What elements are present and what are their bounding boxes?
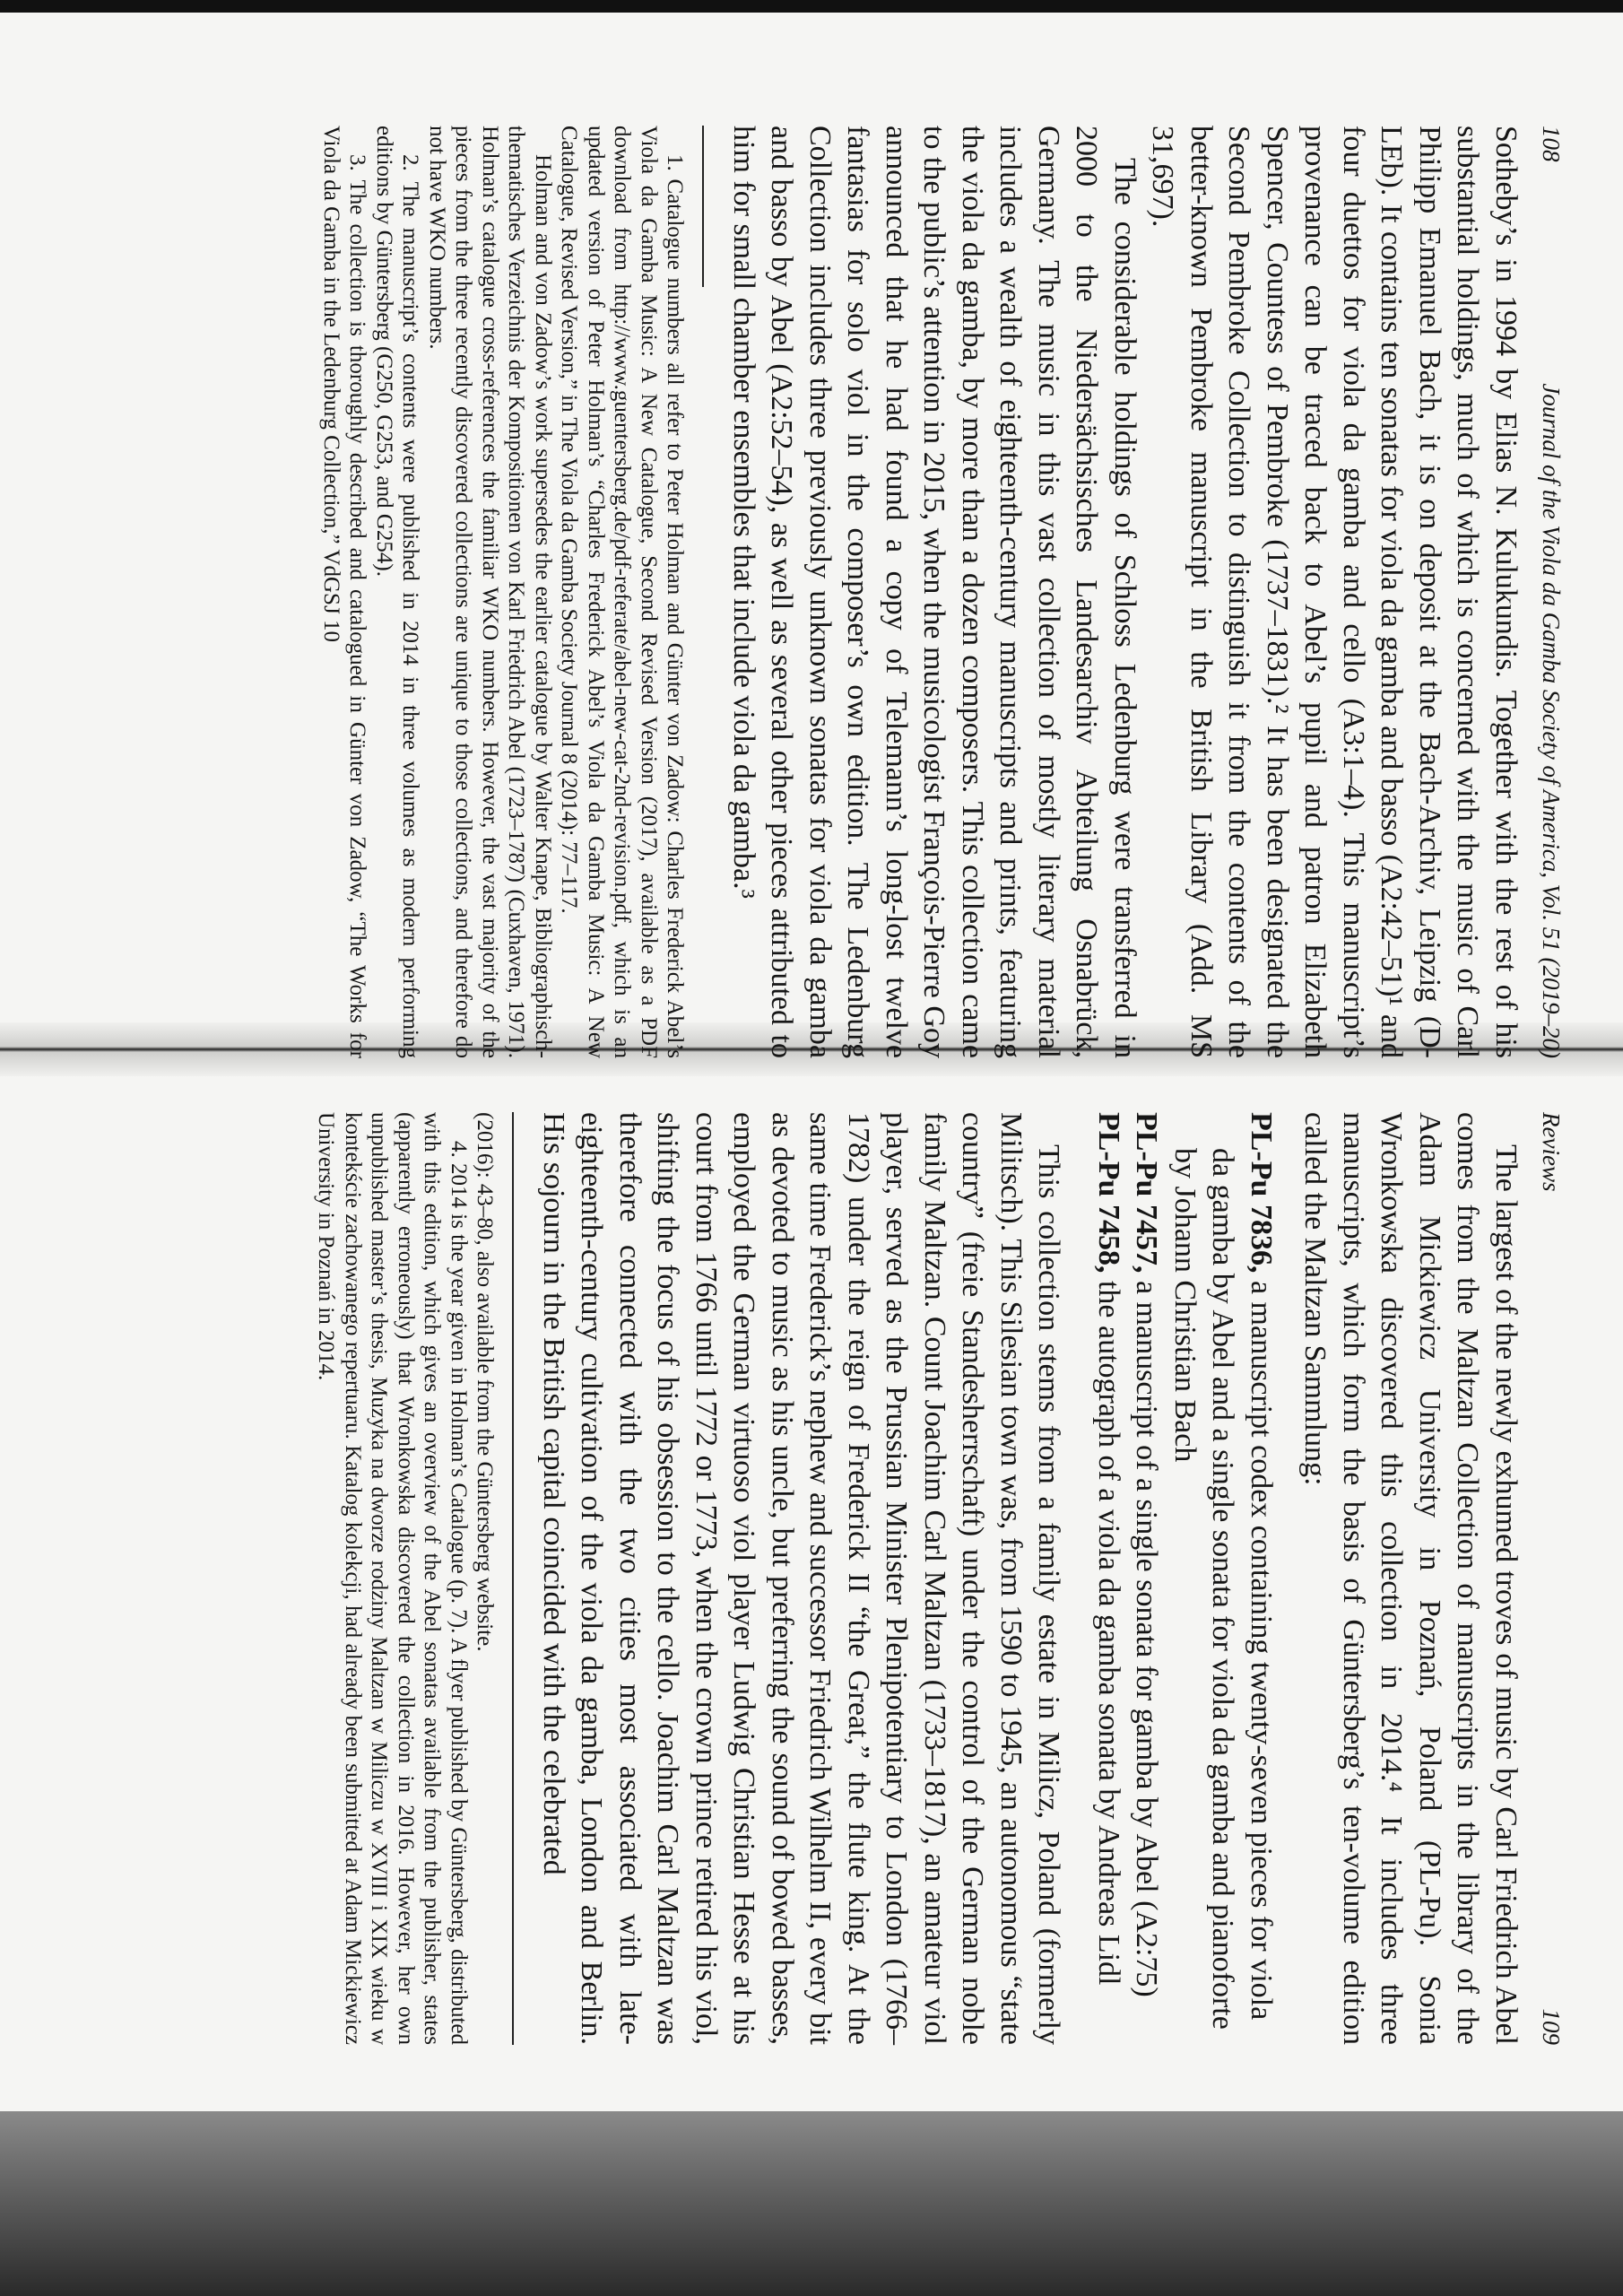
footnote: 2. The manuscript’s contents were publis…	[371, 126, 424, 1058]
footnote-rule	[703, 126, 705, 287]
body-paragraph: Sotheby’s in 1994 by Elias N. Kulukundis…	[1143, 126, 1524, 1058]
footnote: 3. The collection is thoroughly describe…	[318, 126, 371, 1058]
siglum: PL-Pu 7836,	[1245, 1112, 1278, 1273]
running-head: Reviews 109	[1537, 1112, 1565, 2045]
footnote: 1. Catalogue numbers all refer to Peter …	[556, 126, 689, 1058]
running-head: 108 Journal of the Viola da Gamba Societ…	[1537, 126, 1565, 1058]
body-paragraph: The largest of the newly exhumed troves …	[1296, 1112, 1524, 2045]
left-page: 108 Journal of the Viola da Gamba Societ…	[318, 126, 1566, 1058]
siglum: PL-Pu 7457,	[1131, 1112, 1164, 1273]
body-paragraph: The considerable holdings of Schloss Led…	[725, 126, 1144, 1058]
footnote-rule	[513, 1112, 515, 2045]
footnote: (2016): 43–80, also available from the G…	[472, 1112, 499, 2045]
manuscript-entry: PL-Pu 7836, a manuscript codex containin…	[1166, 1112, 1280, 2045]
manuscript-entry: PL-Pu 7457, a manuscript of a single son…	[1127, 1112, 1166, 2045]
footnote: 4. 2014 is the year given in Holman’s Ca…	[313, 1112, 472, 2045]
page-number: 109	[1537, 2009, 1565, 2046]
manuscript-entry: PL-Pu 7458, the autograph of a viola da …	[1089, 1112, 1128, 2045]
footnote: Holman and von Zadow’s work supersedes t…	[424, 126, 557, 1058]
right-page: Reviews 109 The largest of the newly exh…	[313, 1112, 1565, 2045]
scanner-top-edge	[0, 0, 1623, 13]
siglum: PL-Pu 7458,	[1092, 1112, 1125, 1273]
body-paragraph: This collection stems from a family esta…	[534, 1112, 1068, 2045]
scanner-bed	[0, 2111, 1623, 2296]
section-title: Reviews	[1537, 1112, 1565, 1191]
journal-title: Journal of the Viola da Gamba Society of…	[1537, 383, 1565, 1058]
page-number: 108	[1537, 126, 1565, 162]
